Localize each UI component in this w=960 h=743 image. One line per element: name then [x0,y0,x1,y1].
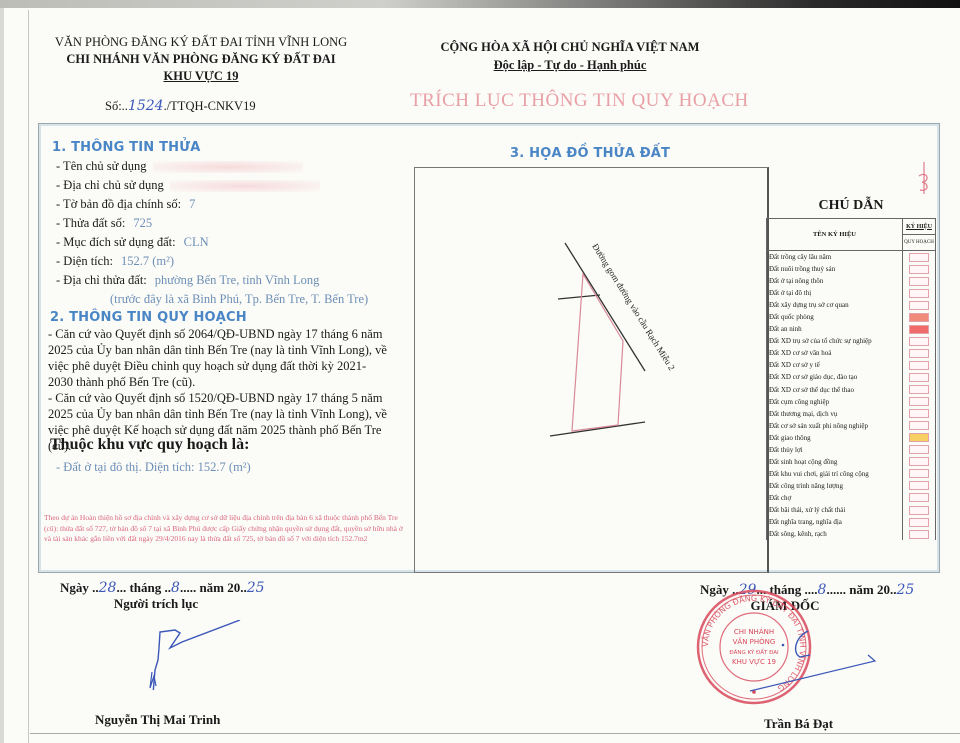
legend-item-name: Đất XD cơ sở giáo dục, đào tạo [767,371,903,383]
legend-item-name: Đất XD cơ sở văn hoá [767,347,903,359]
legend-row: Đất ở tại nông thôn [767,275,936,287]
legend-item-symbol [903,335,936,347]
legend-item-symbol [903,396,936,408]
legend-item-symbol [903,408,936,420]
legend-row: Đất bãi thải, xử lý chất thải [767,504,936,516]
legend-item-symbol [903,251,936,264]
legend-item-name: Đất trồng cây lâu năm [767,251,903,264]
issuing-agency: VĂN PHÒNG ĐĂNG KÝ ĐẤT ĐAI TỈNH VĨNH LONG… [36,34,366,85]
legend-item-symbol [903,347,936,359]
legend-item-symbol [903,516,936,528]
document-number-value: 1524 [128,98,164,114]
agency-line-3: KHU VỰC 19 [36,68,366,85]
legend-swatch-icon [909,373,929,382]
agency-line-2: CHI NHÁNH VĂN PHÒNG ĐĂNG KÝ ĐẤT ĐAI [36,51,366,68]
legend-row: Đất ở tại đô thị [767,287,936,299]
legend-row: Đất giao thông [767,432,936,444]
legend-table: TÊN KÝ HIỆU KÝ HIỆU QUY HOẠCH Đất trồng … [766,218,936,540]
legend-item-name: Đất sông, kênh, rạch [767,528,903,540]
page-left-edge [28,10,29,743]
legend-swatch-icon [909,421,929,430]
legend-item-symbol [903,311,936,323]
legend-item-name: Đất chợ [767,492,903,504]
legend-swatch-icon [909,493,929,502]
legend-swatch-icon [909,313,929,322]
margin-initials [914,160,934,196]
legend-item-name: Đất thương mại, dịch vụ [767,408,903,420]
field-parcel-number: - Thửa đất số:725 [56,215,152,232]
legend-col-name: TÊN KÝ HIỆU [767,219,903,251]
legend-row: Đất xây dựng trụ sở cơ quan [767,299,936,311]
legend-item-name: Đất ở tại đô thị [767,287,903,299]
legend-row: Đất nghĩa trang, nghĩa địa [767,516,936,528]
legend-item-name: Đất cơ sở sản xuất phi nông nghiệp [767,420,903,432]
legend-item-symbol [903,263,936,275]
field-parcel-address: - Địa chỉ thửa đất:phường Bến Tre, tỉnh … [56,272,319,289]
legend-row: Đất thủy lợi [767,444,936,456]
legend-swatch-icon [909,349,929,358]
legend-swatch-icon [909,518,929,527]
legend-item-symbol [903,275,936,287]
legend-item-name: Đất an ninh [767,323,903,335]
legend-title: CHÚ DẪN [766,198,936,214]
redacted-owner-address [170,180,320,192]
legend-col-symbol-sub: QUY HOẠCH [903,235,936,251]
legend-swatch-icon [909,457,929,466]
legend-row: Đất an ninh [767,323,936,335]
legend-swatch-icon [909,253,929,262]
legend-swatch-icon [909,506,929,515]
redacted-owner-name [153,161,303,173]
legend-item-symbol [903,480,936,492]
planning-zone-value: - Đất ở tại đô thị. Diện tích: 152.7 (m²… [56,460,251,475]
parcel-history-note: Theo dự án Hoàn thiện hồ sơ địa chính và… [44,513,409,545]
country-name: CỘNG HÒA XÃ HỘI CHỦ NGHĨA VIỆT NAM [420,38,720,56]
legend-item-name: Đất XD cơ sở thể dục thể thao [767,384,903,396]
legend-swatch-icon [909,397,929,406]
legend-row: Đất cụm công nghiệp [767,396,936,408]
legend-item-name: Đất công trình năng lượng [767,480,903,492]
legend-row: Đất quốc phòng [767,311,936,323]
legend-swatch-icon [909,277,929,286]
director-name: Trần Bá Đạt [764,716,833,732]
legend-row: Đất chợ [767,492,936,504]
document-number-suffix: ./TTQH-CNKV19 [164,99,256,113]
document-number-label: Số:.. [105,99,128,113]
planning-basis-1: - Căn cứ vào Quyết định số 2064/QĐ-UBND … [48,326,388,390]
legend-swatch-icon [909,481,929,490]
legend-item-name: Đất bãi thải, xử lý chất thải [767,504,903,516]
legend-row: Đất cơ sở sản xuất phi nông nghiệp [767,420,936,432]
section-2-title: 2. THÔNG TIN QUY HOẠCH [50,310,247,325]
legend-swatch-icon [909,433,929,442]
legend-swatch-icon [909,409,929,418]
section-3-title: 3. HỌA ĐỒ THỬA ĐẤT [510,146,670,161]
legend-row: Đất XD cơ sở y tế [767,359,936,371]
extractor-signature-block: Ngày ..28... tháng ..8..... năm 20..25 N… [60,580,320,612]
director-signature [740,625,880,695]
extractor-name: Nguyễn Thị Mai Trinh [95,712,220,728]
legend-item-name: Đất xây dựng trụ sở cơ quan [767,299,903,311]
legend-item-symbol [903,468,936,480]
field-area: - Diện tích:152.7 (m²) [56,253,174,270]
scan-top-shadow [0,0,960,8]
field-owner-name: - Tên chủ sử dụng [56,158,303,175]
legend-item-name: Đất ở tại nông thôn [767,275,903,287]
legend-item-symbol [903,456,936,468]
planning-zone-label: Thuộc khu vực quy hoạch là: [50,436,249,454]
legend-row: Đất khu vui chơi, giải trí công cộng [767,468,936,480]
field-map-sheet: - Tờ bản đồ địa chính số:7 [56,196,195,213]
document-title: TRÍCH LỤC THÔNG TIN QUY HOẠCH [410,90,749,112]
legend-item-symbol [903,504,936,516]
field-previous-address: (trước đây là xã Bình Phú, Tp. Bến Tre, … [110,291,368,308]
legend-item-symbol [903,432,936,444]
legend-item-name: Đất nuôi trồng thuỷ sản [767,263,903,275]
field-land-use-purpose: - Mục đích sử dụng đất:CLN [56,234,209,251]
legend-swatch-icon [909,337,929,346]
legend-swatch-icon [909,289,929,298]
parcel-sketch: Đường gom đường vào cầu Rạch Miễu 2 [415,168,767,572]
legend-row: Đất trồng cây lâu năm [767,251,936,264]
legend-item-symbol [903,371,936,383]
legend-item-name: Đất giao thông [767,432,903,444]
legend-row: Đất XD cơ sở văn hoá [767,347,936,359]
legend-items: Đất trồng cây lâu nămĐất nuôi trồng thuỷ… [767,251,936,541]
legend-item-name: Đất cụm công nghiệp [767,396,903,408]
legend-item-symbol [903,287,936,299]
legend-item-symbol [903,323,936,335]
legend-item-name: Đất XD cơ sở y tế [767,359,903,371]
legend-item-name: Đất thủy lợi [767,444,903,456]
legend-row: Đất XD cơ sở thể dục thể thao [767,384,936,396]
parcel-map: Đường gom đường vào cầu Rạch Miễu 2 [414,167,769,573]
legend-item-name: Đất quốc phòng [767,311,903,323]
legend-row: Đất thương mại, dịch vụ [767,408,936,420]
legend-row: Đất XD trụ sở của tổ chức sự nghiệp [767,335,936,347]
legend-row: Đất nuôi trồng thuỷ sản [767,263,936,275]
extractor-role: Người trích lục [56,596,256,612]
national-heading: CỘNG HÒA XÃ HỘI CHỦ NGHĨA VIỆT NAM Độc l… [420,38,720,74]
legend-swatch-icon [909,530,929,539]
legend-col-symbol: KÝ HIỆU [903,219,936,235]
legend-item-name: Đất khu vui chơi, giải trí công cộng [767,468,903,480]
legend-swatch-icon [909,361,929,370]
legend-item-symbol [903,359,936,371]
legend-item-symbol [903,384,936,396]
legend-swatch-icon [909,445,929,454]
legend-item-symbol [903,420,936,432]
national-motto: Độc lập - Tự do - Hạnh phúc [420,56,720,74]
field-owner-address: - Địa chỉ chủ sử dụng [56,177,320,194]
legend-row: Đất sinh hoạt cộng đồng [767,456,936,468]
legend-item-symbol [903,528,936,540]
legend-item-name: Đất sinh hoạt cộng đồng [767,456,903,468]
legend-swatch-icon [909,265,929,274]
legend-swatch-icon [909,325,929,334]
extractor-signature [140,620,250,690]
legend-item-name: Đất nghĩa trang, nghĩa địa [767,516,903,528]
agency-line-1: VĂN PHÒNG ĐĂNG KÝ ĐẤT ĐAI TỈNH VĨNH LONG [36,34,366,51]
legend-item-symbol [903,444,936,456]
document-number: Số:..1524./TTQH-CNKV19 [105,98,256,114]
legend-row: Đất sông, kênh, rạch [767,528,936,540]
legend-item-name: Đất XD trụ sở của tổ chức sự nghiệp [767,335,903,347]
extract-date: Ngày ..28... tháng ..8..... năm 20..25 [60,580,320,596]
legend-swatch-icon [909,469,929,478]
legend-swatch-icon [909,385,929,394]
page-bottom-edge [30,733,960,734]
legend-item-symbol [903,299,936,311]
legend: CHÚ DẪN TÊN KÝ HIỆU KÝ HIỆU QUY HOẠCH Đấ… [766,198,936,540]
legend-row: Đất XD cơ sở giáo dục, đào tạo [767,371,936,383]
legend-row: Đất công trình năng lượng [767,480,936,492]
legend-swatch-icon [909,301,929,310]
section-1-title: 1. THÔNG TIN THỬA [52,140,201,155]
legend-item-symbol [903,492,936,504]
